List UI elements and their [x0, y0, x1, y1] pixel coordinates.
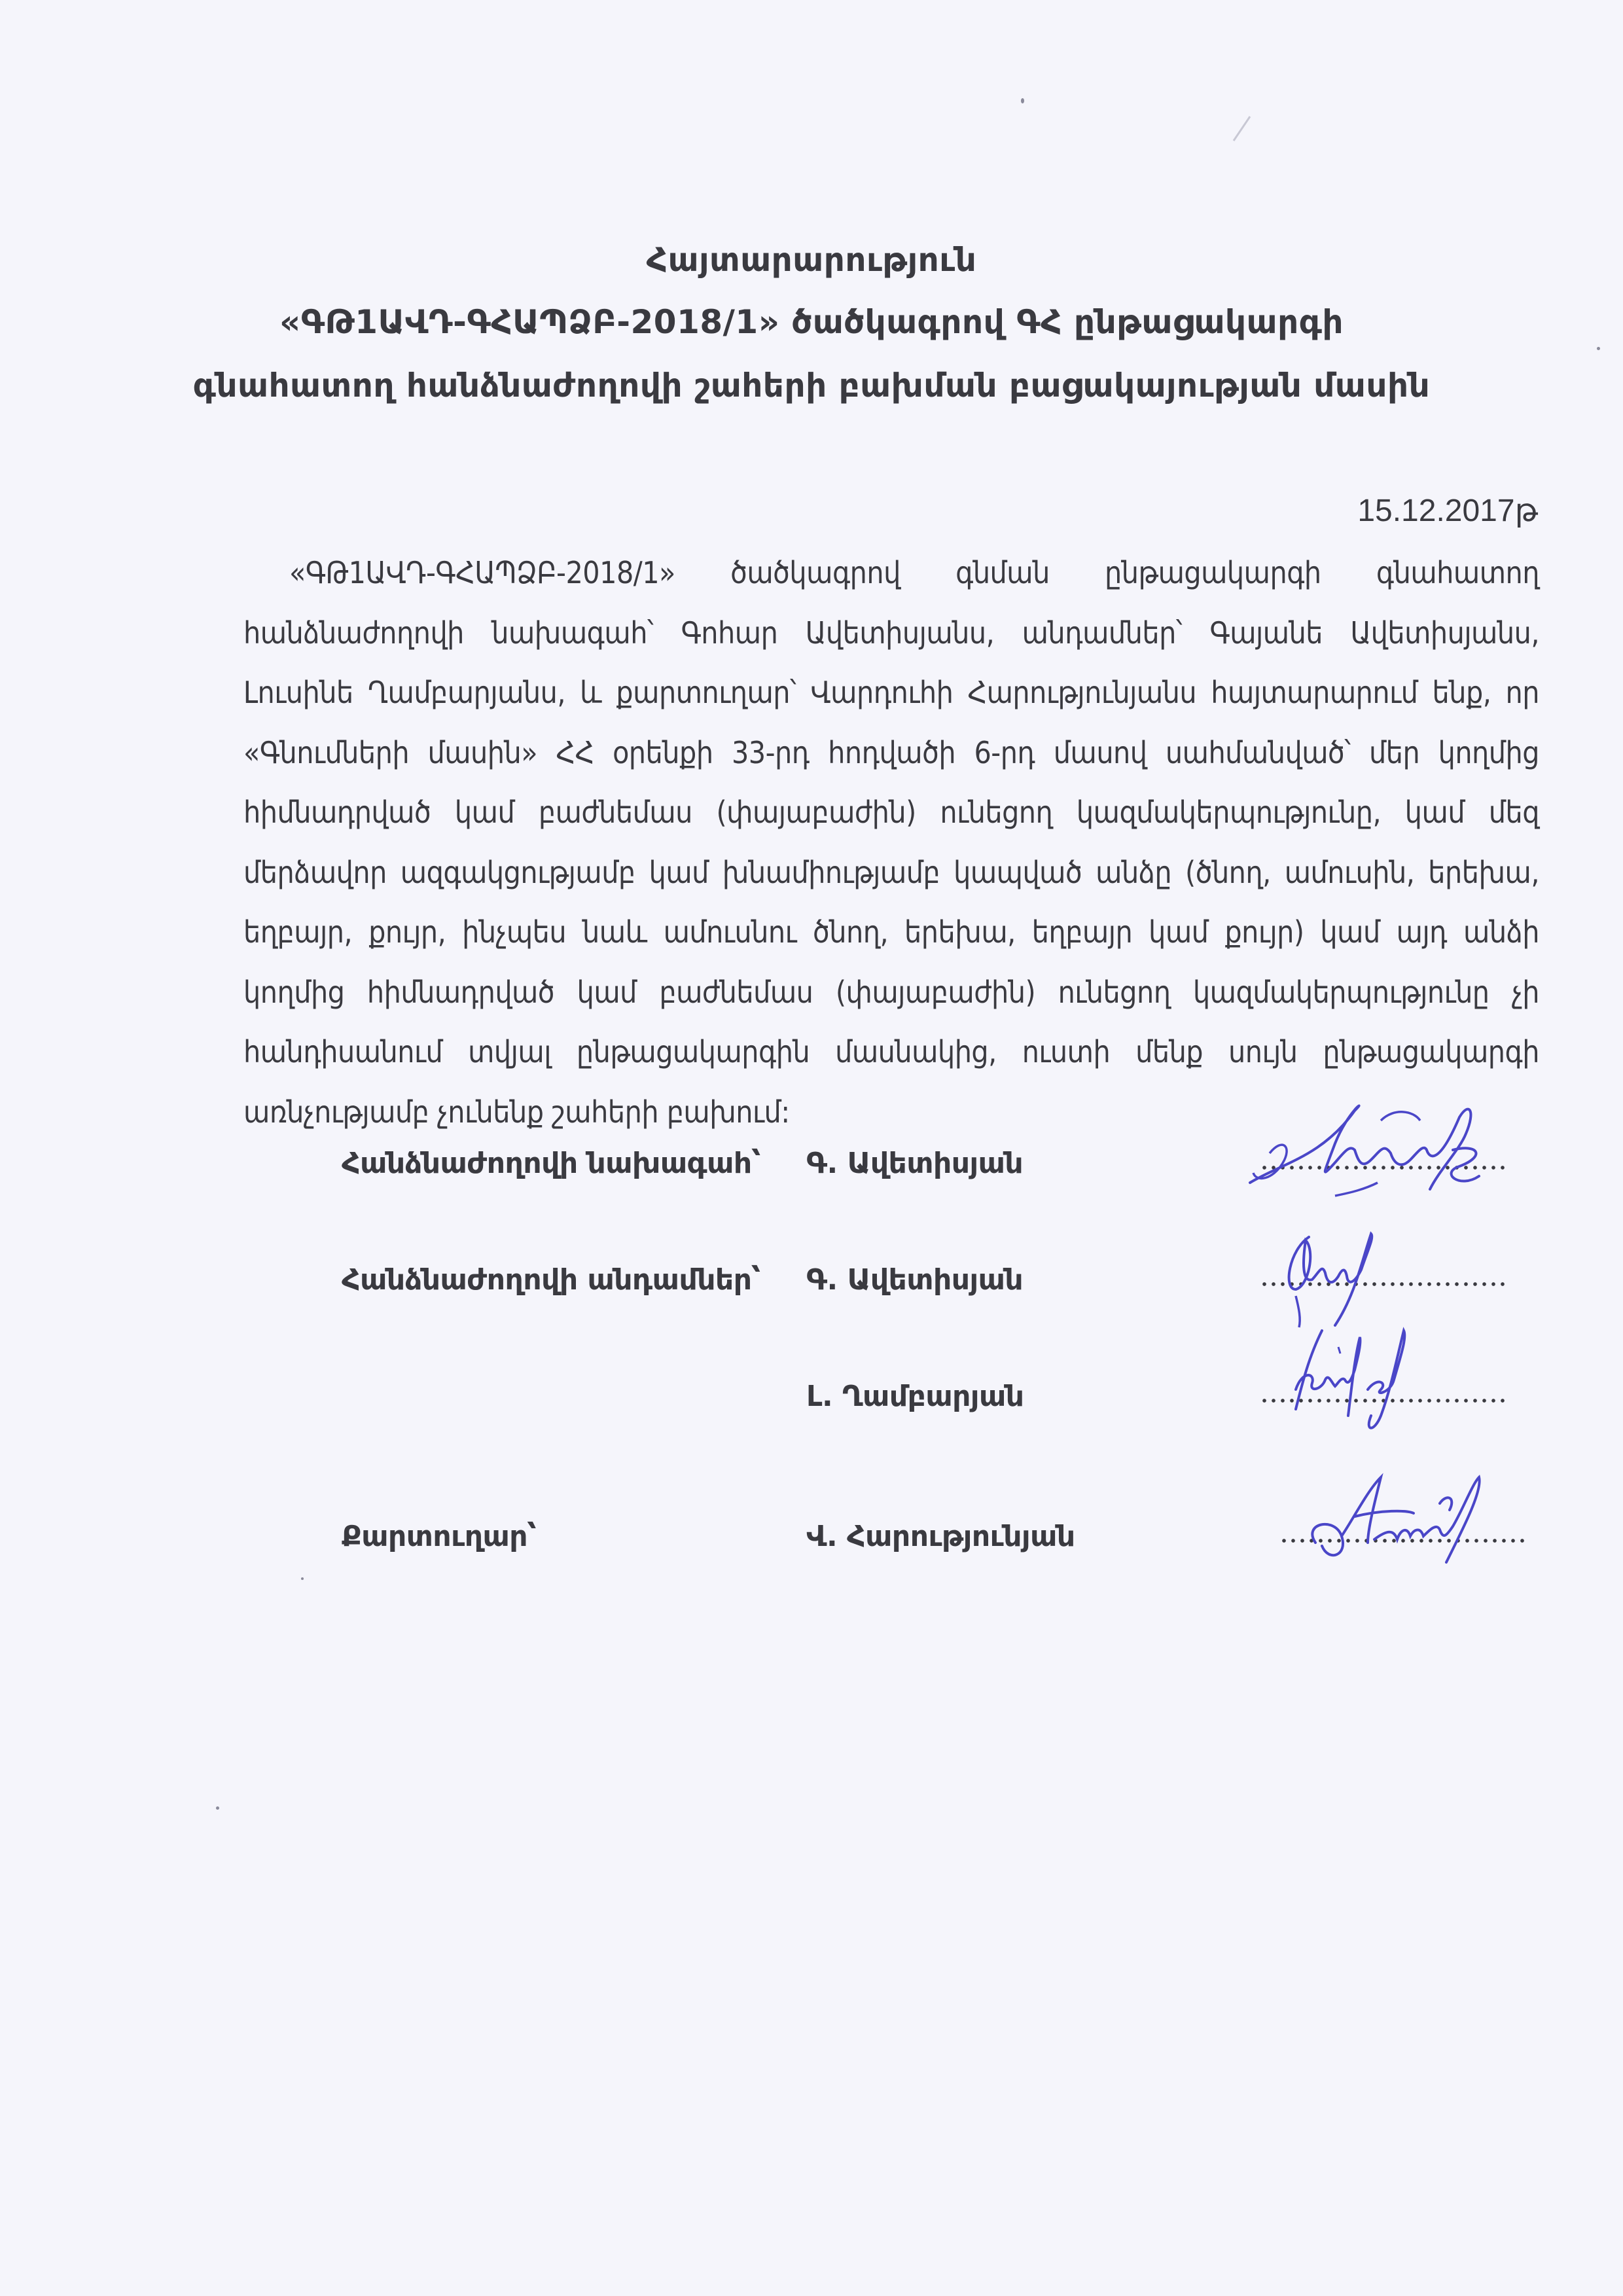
signatory-name: Գ. Ավետիսյան [806, 1263, 1023, 1297]
signature-role-label: Հանձնաժողովի նախագահ՝ [342, 1147, 760, 1180]
signatory-name: Գ. Ավետիսյան [806, 1147, 1023, 1180]
scanned-document-page: Հայտարարություն «ԳԹ1ԱՎԴ-ԳՀԱՊՁԲ-2018/1» ծ… [0, 0, 1623, 2296]
scan-speck [1597, 347, 1600, 350]
scan-speck [216, 1806, 219, 1810]
document-subtitle-topic: գնահատող հանձնաժողովի շահերի բախման բացա… [0, 367, 1623, 404]
signature-row-secretary: Քարտուղար՝ Վ. Հարությունյան [0, 1520, 1623, 1585]
signatory-name: Վ. Հարությունյան [806, 1520, 1075, 1553]
handwritten-signature-icon [1270, 1224, 1440, 1329]
handwritten-signature-icon [1243, 1098, 1505, 1209]
document-title: Հայտարարություն [0, 241, 1623, 279]
signature-role-label: Քարտուղար՝ [342, 1520, 536, 1553]
scan-mark-icon [1230, 111, 1257, 144]
signature-row-member-2: Լ. Ղամբարյան [0, 1380, 1623, 1445]
signature-row-chairman: Հանձնաժողովի նախագահ՝ Գ. Ավետիսյան [0, 1147, 1623, 1212]
document-subtitle-procedure-code: «ԳԹ1ԱՎԴ-ԳՀԱՊՁԲ-2018/1» ծածկագրով ԳՀ ընթա… [0, 303, 1623, 341]
scan-speck [1021, 98, 1024, 103]
signatory-name: Լ. Ղամբարյան [806, 1380, 1024, 1413]
scan-speck [301, 1577, 304, 1580]
declaration-paragraph: «ԳԹ1ԱՎԴ-ԳՀԱՊՁԲ-2018/1» ծածկագրով գնման ը… [243, 543, 1539, 1142]
handwritten-signature-icon [1302, 1464, 1518, 1575]
document-date: 15.12.2017թ [1357, 492, 1538, 529]
handwritten-signature-icon [1283, 1318, 1427, 1442]
signature-role-label: Հանձնաժողովի անդամներ՝ [342, 1263, 760, 1297]
